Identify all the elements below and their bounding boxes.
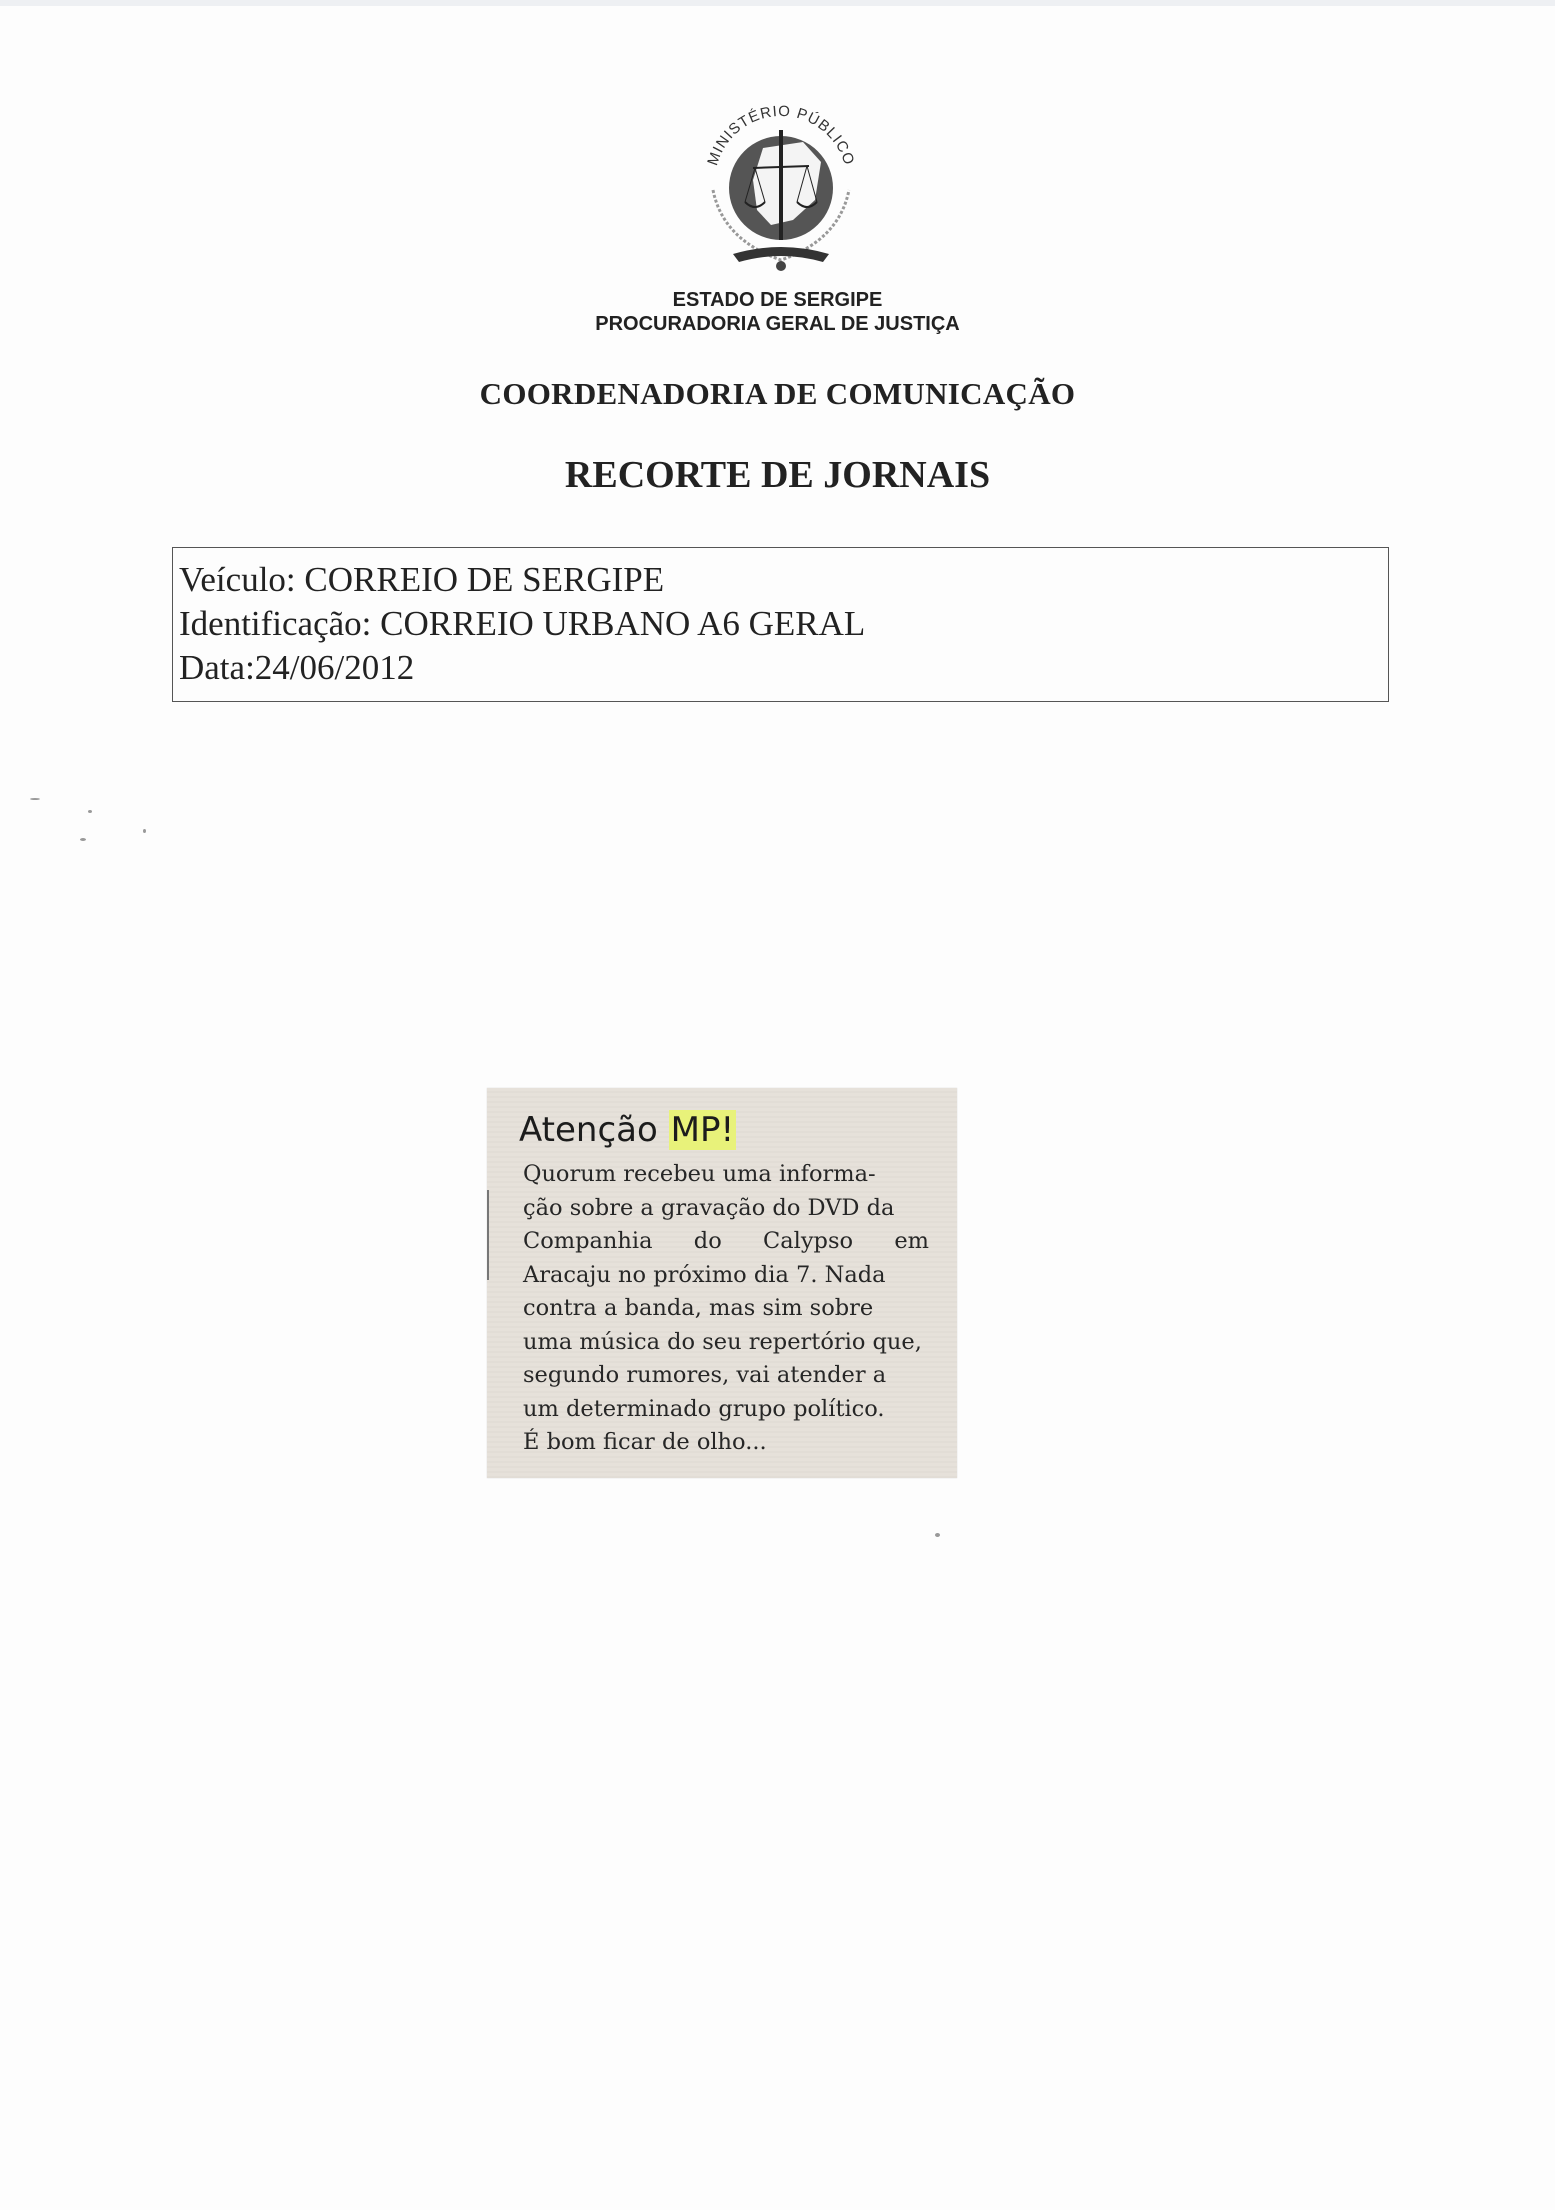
ministerio-publico-seal-icon: MINISTÉRIO PÚBLICO xyxy=(693,90,869,276)
body-line: um determinado grupo político. xyxy=(523,1393,929,1427)
body-line: Quorum recebeu uma informa- xyxy=(523,1158,929,1192)
clipping-headline: Atenção MP! xyxy=(519,1110,736,1150)
scan-speck xyxy=(88,810,92,813)
scan-edge xyxy=(0,0,1555,6)
state-name: ESTADO DE SERGIPE xyxy=(0,288,1555,312)
agency-name: PROCURADORIA GERAL DE JUSTIÇA xyxy=(0,312,1555,336)
clipping-body: Quorum recebeu uma informa- ção sobre a … xyxy=(523,1158,929,1460)
department-heading: COORDENADORIA DE COMUNICAÇÃO xyxy=(0,376,1555,412)
date-field: Data:24/06/2012 xyxy=(179,646,1388,690)
scan-speck xyxy=(30,798,40,800)
scan-speck xyxy=(143,829,146,833)
body-line: contra a banda, mas sim sobre xyxy=(523,1292,929,1326)
body-line: ção sobre a gravação do DVD da xyxy=(523,1192,929,1226)
clipping-info-box: Veículo: CORREIO DE SERGIPE Identificaçã… xyxy=(172,547,1389,702)
body-line: É bom ficar de olho... xyxy=(523,1426,929,1460)
vehicle-field: Veículo: CORREIO DE SERGIPE xyxy=(179,558,1388,602)
highlighted-headline-text: MP! xyxy=(669,1110,736,1150)
scan-speck xyxy=(80,838,86,841)
document-title: RECORTE DE JORNAIS xyxy=(0,453,1555,497)
headline-text: Atenção xyxy=(519,1110,669,1150)
body-line: Aracaju no próximo dia 7. Nada xyxy=(523,1259,929,1293)
scan-speck xyxy=(935,1533,940,1537)
body-line: segundo rumores, vai atender a xyxy=(523,1359,929,1393)
clipping-edge-mark xyxy=(487,1190,489,1280)
identification-field: Identificação: CORREIO URBANO A6 GERAL xyxy=(179,602,1388,646)
body-line: uma música do seu repertório que, xyxy=(523,1326,929,1360)
newspaper-clipping: Atenção MP! Quorum recebeu uma informa- … xyxy=(487,1088,957,1478)
body-line: Companhia do Calypso em xyxy=(523,1225,929,1259)
